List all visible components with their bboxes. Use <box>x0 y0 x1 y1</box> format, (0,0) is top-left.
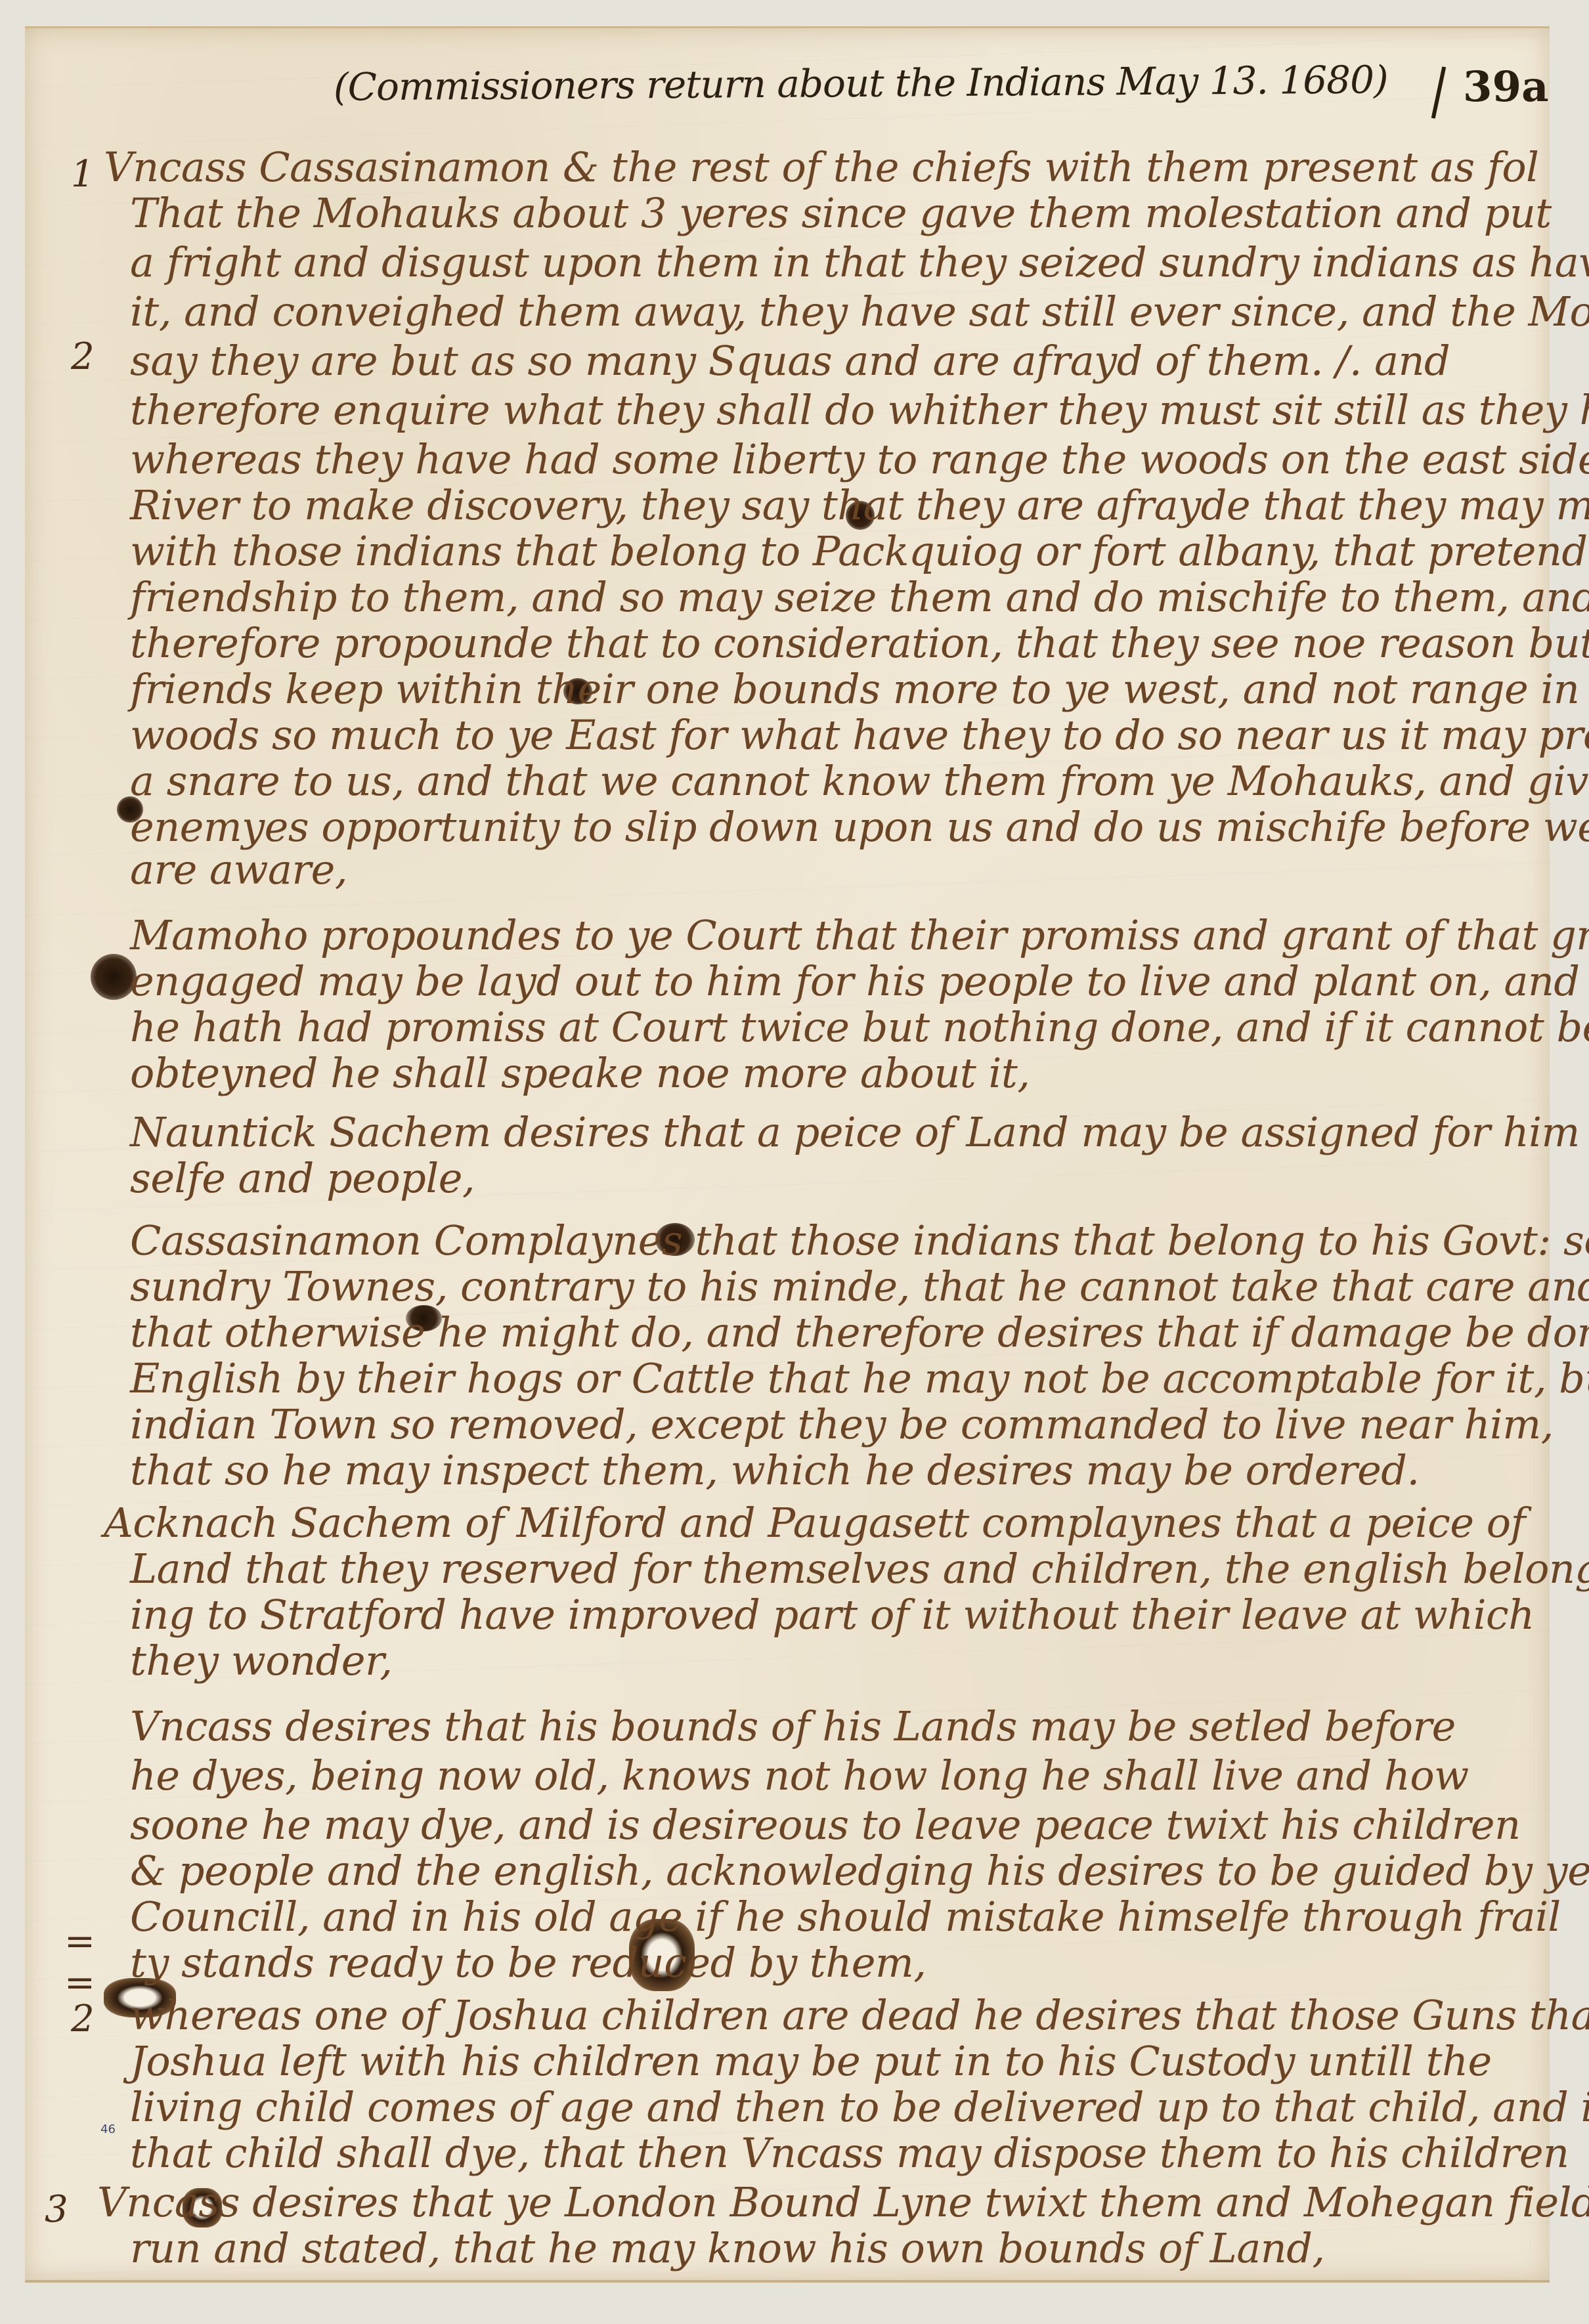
margin-mark-2b: 2 <box>71 1998 95 2040</box>
text-line: Joshua left with his children may be put… <box>130 2037 1492 2085</box>
text-line: whereas they have had some liberty to ra… <box>130 435 1589 483</box>
text-line: say they are but as so many Squas and ar… <box>130 337 1450 385</box>
text-line: That the Mohauks about 3 yeres since gav… <box>130 189 1552 237</box>
text-line: sundry Townes, contrary to his minde, th… <box>130 1262 1589 1310</box>
text-line: they wonder, <box>130 1637 393 1685</box>
text-line: Vncass desires that ye London Bound Lyne… <box>97 2178 1589 2226</box>
text-line: therefore enquire what they shall do whi… <box>130 386 1589 434</box>
text-line: ing to Stratford have improved part of i… <box>130 1591 1535 1639</box>
text-line: ty stands ready to be reduced by them, <box>130 1939 926 1987</box>
text-line: River to make discovery, they say that t… <box>130 481 1589 529</box>
text-line: Land that they reserved for themselves a… <box>130 1545 1589 1593</box>
margin-mark-3: 3 <box>45 2188 68 2231</box>
text-line: that otherwise he might do, and therefor… <box>130 1308 1589 1356</box>
text-line: selfe and people, <box>130 1154 475 1202</box>
text-line: that so he may inspect them, which he de… <box>130 1446 1420 1494</box>
text-line: run and stated, that he may know his own… <box>130 2224 1325 2272</box>
margin-mark-2: 2 <box>71 335 95 378</box>
text-line: Mamoho propoundes to ye Court that their… <box>130 911 1589 959</box>
text-line: are aware, <box>130 846 347 893</box>
text-line: he hath had promiss at Court twice but n… <box>130 1003 1589 1051</box>
text-line: he dyes, being now old, knows not how lo… <box>130 1752 1469 1799</box>
text-line: therefore propounde that to consideratio… <box>130 619 1589 667</box>
text-line: friendship to them, and so may seize the… <box>130 573 1589 621</box>
text-line: that child shall dye, that then Vncass m… <box>130 2129 1569 2177</box>
text-line: with those indians that belong to Packqu… <box>130 527 1588 575</box>
margin-mark-1: 1 <box>71 153 95 196</box>
text-line: soone he may dye, and is desireous to le… <box>130 1801 1521 1849</box>
text-line: obteyned he shall speake noe more about … <box>130 1049 1030 1097</box>
docket-header: (Commissioners return about the Indians … <box>334 57 1388 109</box>
manuscript-page: (Commissioners return about the Indians … <box>25 26 1550 2283</box>
text-line: friends keep within their one bounds mor… <box>130 665 1589 713</box>
text-line: engaged may be layd out to him for his p… <box>130 957 1589 1005</box>
text-line: Nauntick Sachem desires that a peice of … <box>130 1108 1580 1156</box>
marginal-number: 46 <box>100 2122 116 2136</box>
text-line: Vncass Cassasinamon & the rest of the ch… <box>104 143 1538 191</box>
text-line: enemyes opportunity to slip down upon us… <box>130 803 1589 851</box>
text-line: woods so much to ye East for what have t… <box>130 711 1589 759</box>
text-line: Cassasinamon Complaynes that those india… <box>130 1216 1589 1264</box>
folio-number: 39a <box>1463 62 1549 112</box>
text-line: English by their hogs or Cattle that he … <box>130 1354 1589 1402</box>
margin-mark-eq-1: = <box>64 1920 95 1963</box>
text-line: Acknach Sachem of Milford and Paugasett … <box>104 1499 1525 1547</box>
text-line: a fright and disgust upon them in that t… <box>130 238 1589 286</box>
text-line: it, and conveighed them away, they have … <box>130 288 1589 335</box>
text-line: indian Town so removed, except they be c… <box>130 1400 1554 1448</box>
text-line: & people and the english, acknowledging … <box>130 1847 1589 1895</box>
text-line: living child comes of age and then to be… <box>130 2083 1589 2131</box>
folio-divider <box>1431 66 1447 118</box>
text-line: Councill, and in his old age if he shoul… <box>130 1893 1561 1941</box>
text-line: a snare to us, and that we cannot know t… <box>130 757 1589 805</box>
text-line: Vncass desires that his bounds of his La… <box>130 1702 1456 1750</box>
text-line: whereas one of Joshua children are dead … <box>130 1991 1589 2039</box>
